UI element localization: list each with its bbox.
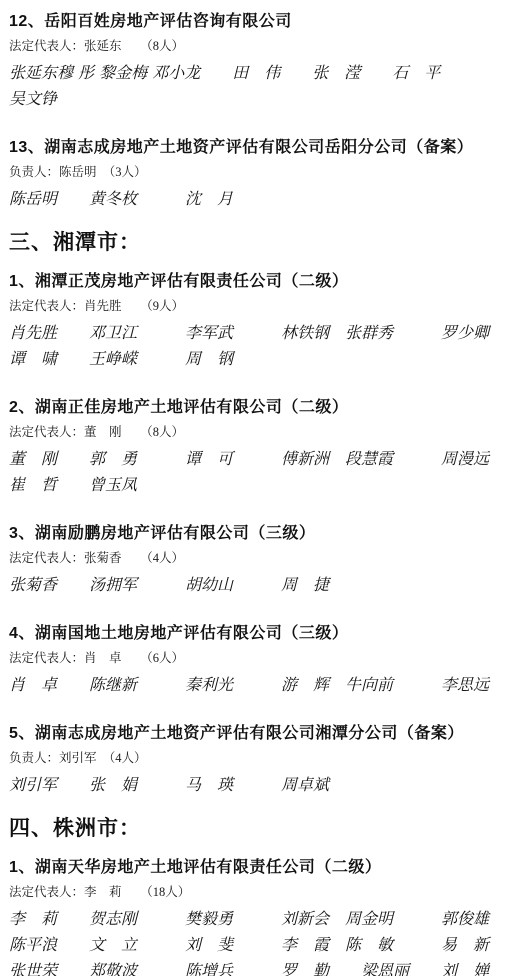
company-title: 1、湖南天华房地产土地评估有限责任公司（二级） xyxy=(9,858,506,878)
company-entry: 2、湖南正佳房地产土地评估有限公司（二级）法定代表人：董 刚 （8人）董 刚 郭… xyxy=(9,398,506,498)
representative-line: 法定代表人：董 刚 （8人） xyxy=(9,423,506,441)
company-title: 3、湖南励鹏房地产评估有限公司（三级） xyxy=(9,524,506,544)
names-line: 张菊香 汤拥军 胡幼山 周 捷 xyxy=(9,572,506,598)
names-line: 肖先胜 邓卫江 李军武 林铁钢 张群秀 罗少卿 xyxy=(9,320,506,346)
representative-line: 法定代表人：李 莉 （18人） xyxy=(9,883,506,901)
names-line: 肖 卓 陈继新 秦利光 游 辉 牛向前 李思远 xyxy=(9,672,506,698)
names-line: 张世荣 郑敬波 陈增兵 罗 勤 梁恩丽 刘 婵 xyxy=(9,958,506,976)
company-entry: 13、湖南志成房地产土地资产评估有限公司岳阳分公司（备案）负责人：陈岳明 （3人… xyxy=(9,138,506,212)
company-title: 4、湖南国地土地房地产评估有限公司（三级） xyxy=(9,624,506,644)
company-title: 5、湖南志成房地产土地资产评估有限公司湘潭分公司（备案） xyxy=(9,724,506,744)
names-line: 谭 啸 王峥嵘 周 钢 xyxy=(9,346,506,372)
names-line: 张延东穆 彤 黎金梅 邓小龙 田 伟 张 滢 石 平 xyxy=(9,60,506,86)
company-title: 2、湖南正佳房地产土地评估有限公司（二级） xyxy=(9,398,506,418)
names-line: 董 刚 郭 勇 谭 可 傅新洲 段慧霞 周漫远 xyxy=(9,446,506,472)
names-line: 陈岳明 黄冬枚 沈 月 xyxy=(9,186,506,212)
representative-line: 法定代表人：肖 卓 （6人） xyxy=(9,649,506,667)
names-line: 吴文铮 xyxy=(9,86,506,112)
company-entry: 12、岳阳百姓房地产评估咨询有限公司法定代表人：张延东 （8人）张延东穆 彤 黎… xyxy=(9,12,506,112)
representative-line: 法定代表人：肖先胜 （9人） xyxy=(9,297,506,315)
representative-line: 法定代表人：张延东 （8人） xyxy=(9,37,506,55)
company-entry: 1、湘潭正茂房地产评估有限责任公司（二级）法定代表人：肖先胜 （9人）肖先胜 邓… xyxy=(9,272,506,372)
representative-line: 负责人：陈岳明 （3人） xyxy=(9,163,506,181)
names-line: 崔 哲 曾玉凤 xyxy=(9,472,506,498)
names-line: 陈平浪 文 立 刘 斐 李 霞 陈 敏 易 新 xyxy=(9,932,506,958)
document-page: 12、岳阳百姓房地产评估咨询有限公司法定代表人：张延东 （8人）张延东穆 彤 黎… xyxy=(0,0,506,976)
city-heading: 四、株洲市： xyxy=(9,816,506,842)
company-entry: 4、湖南国地土地房地产评估有限公司（三级）法定代表人：肖 卓 （6人）肖 卓 陈… xyxy=(9,624,506,698)
company-title: 1、湘潭正茂房地产评估有限责任公司（二级） xyxy=(9,272,506,292)
city-heading: 三、湘潭市： xyxy=(9,230,506,256)
company-entry: 3、湖南励鹏房地产评估有限公司（三级）法定代表人：张菊香 （4人）张菊香 汤拥军… xyxy=(9,524,506,598)
company-entry: 1、湖南天华房地产土地评估有限责任公司（二级）法定代表人：李 莉 （18人）李 … xyxy=(9,858,506,976)
company-title: 12、岳阳百姓房地产评估咨询有限公司 xyxy=(9,12,506,32)
representative-line: 负责人：刘引军 （4人） xyxy=(9,749,506,767)
names-line: 李 莉 贺志刚 樊毅勇 刘新会 周金明 郭俊雄 xyxy=(9,906,506,932)
names-line: 刘引军 张 娟 马 瑛 周卓斌 xyxy=(9,772,506,798)
company-title: 13、湖南志成房地产土地资产评估有限公司岳阳分公司（备案） xyxy=(9,138,506,158)
company-entry: 5、湖南志成房地产土地资产评估有限公司湘潭分公司（备案）负责人：刘引军 （4人）… xyxy=(9,724,506,798)
representative-line: 法定代表人：张菊香 （4人） xyxy=(9,549,506,567)
